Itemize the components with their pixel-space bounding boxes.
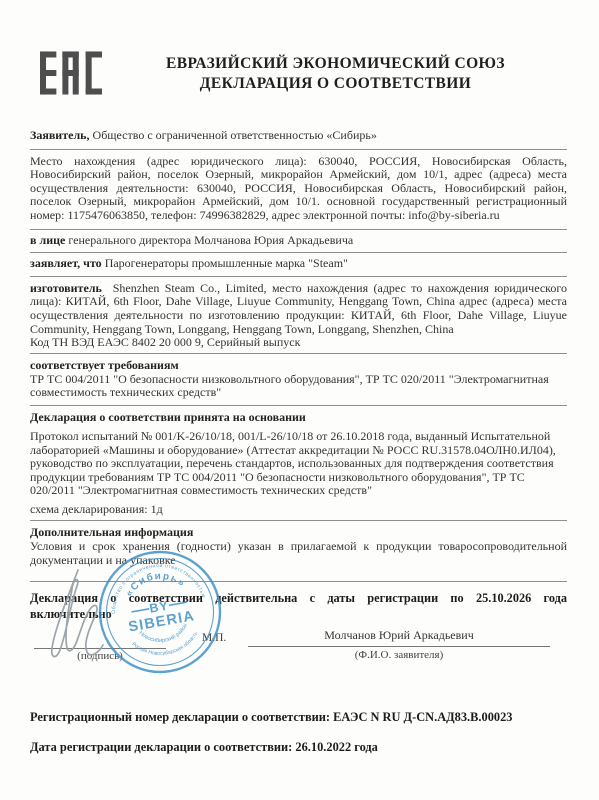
document-header: ЕВРАЗИЙСКИЙ ЭКОНОМИЧЕСКИЙ СОЮЗ ДЕКЛАРАЦИ… bbox=[40, 46, 569, 105]
document-title: ЕВРАЗИЙСКИЙ ЭКОНОМИЧЕСКИЙ СОЮЗ ДЕКЛАРАЦИ… bbox=[102, 46, 569, 94]
company-stamp: Общество с ограниченной ответственностью… bbox=[96, 548, 224, 676]
declares-value: Парогенераторы промышленные марка "Steam… bbox=[105, 256, 348, 270]
address-text: Место нахождения (адрес юридического лиц… bbox=[30, 155, 567, 223]
declares-row: заявляет, что Парогенераторы промышленны… bbox=[30, 253, 567, 277]
additional-info-heading: Дополнительная информация bbox=[30, 525, 567, 540]
representative-value: генерального директора Молчанова Юрия Ар… bbox=[68, 233, 353, 247]
eac-mark-icon bbox=[40, 46, 102, 105]
basis-heading: Декларация о соответствии принята на осн… bbox=[30, 410, 567, 425]
requirements-heading: соответствует требованиям bbox=[30, 358, 567, 373]
registration-date-line: Дата регистрации декларации о соответств… bbox=[30, 740, 567, 755]
address-row: Место нахождения (адрес юридического лиц… bbox=[30, 150, 567, 230]
manufacturer-row: изготовитель Shenzhen Steam Co., Limited… bbox=[30, 277, 567, 354]
applicant-name-label: (Ф.И.О. заявителя) bbox=[248, 646, 550, 661]
requirements-row: соответствует требованиям ТР ТС 004/2011… bbox=[30, 354, 567, 406]
declaration-scheme-line: схема декларирования: 1д bbox=[30, 503, 567, 517]
applicant-name-block: Молчанов Юрий Аркадьевич (Ф.И.О. заявите… bbox=[248, 628, 550, 661]
applicant-value: Общество с ограниченной ответственностью… bbox=[93, 128, 377, 142]
representative-label: в лице bbox=[30, 233, 65, 247]
representative-row: в лице генерального директора Молчанова … bbox=[30, 230, 567, 254]
tnved-code-line: Код ТН ВЭД ЕАЭС 8402 20 000 9, Серийный … bbox=[30, 336, 567, 350]
registration-number-line: Регистрационный номер декларации о соотв… bbox=[30, 710, 567, 725]
title-union: ЕВРАЗИЙСКИЙ ЭКОНОМИЧЕСКИЙ СОЮЗ bbox=[102, 54, 569, 74]
basis-text: Протокол испытаний № 001/K-26/10/18, 001… bbox=[30, 430, 567, 498]
applicant-row: Заявитель, Общество с ограниченной ответ… bbox=[30, 127, 567, 150]
applicant-name: Молчанов Юрий Аркадьевич bbox=[248, 628, 550, 646]
declaration-document: ЕВРАЗИЙСКИЙ ЭКОНОМИЧЕСКИЙ СОЮЗ ДЕКЛАРАЦИ… bbox=[0, 0, 599, 800]
basis-row: Декларация о соответствии принята на осн… bbox=[30, 406, 567, 522]
manufacturer-label: изготовитель bbox=[30, 281, 102, 295]
manufacturer-text: изготовитель Shenzhen Steam Co., Limited… bbox=[30, 282, 567, 336]
title-declaration: ДЕКЛАРАЦИЯ О СООТВЕТСТВИИ bbox=[102, 74, 569, 94]
declares-label: заявляет, что bbox=[30, 256, 102, 270]
requirements-text: ТР ТС 004/2011 "О безопасности низковоль… bbox=[30, 373, 567, 400]
applicant-label: Заявитель, bbox=[30, 128, 90, 142]
